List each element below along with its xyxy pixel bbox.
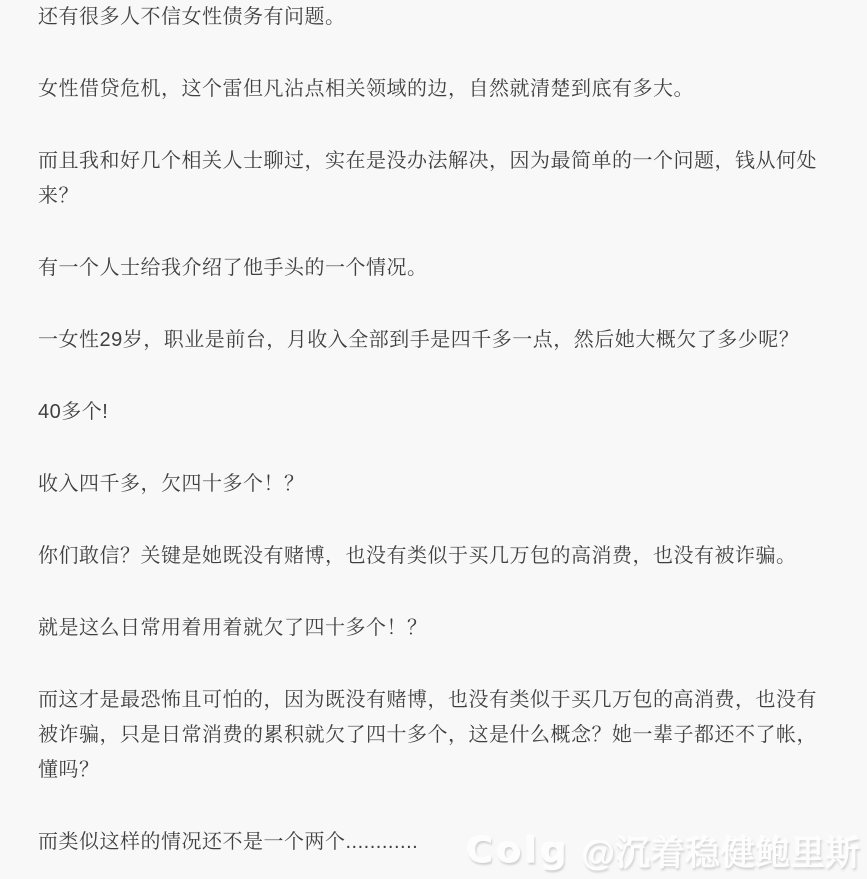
- post-paragraph: 就是这么日常用着用着就欠了四十多个！？: [38, 611, 837, 646]
- post-body: 还有很多人不信女性债务有问题。 女性借贷危机，这个雷但凡沾点相关领域的边，自然就…: [0, 0, 867, 860]
- post-paragraph: 收入四千多，欠四十多个！？: [38, 467, 837, 502]
- post-paragraph: 40多个!: [38, 395, 837, 430]
- post-paragraph: 而类似这样的情况还不是一个两个............: [38, 825, 837, 860]
- post-paragraph: 而且我和好几个相关人士聊过，实在是没办法解决，因为最简单的一个问题，钱从何处来？: [38, 144, 837, 214]
- post-paragraph: 一女性29岁，职业是前台，月收入全部到手是四千多一点，然后她大概欠了多少呢？: [38, 323, 837, 358]
- post-paragraph: 你们敢信？关键是她既没有赌博，也没有类似于买几万包的高消费，也没有被诈骗。: [38, 539, 837, 574]
- post-paragraph: 女性借贷危机，这个雷但凡沾点相关领域的边，自然就清楚到底有多大。: [38, 72, 837, 107]
- post-paragraph: 还有很多人不信女性债务有问题。: [38, 0, 837, 35]
- post-paragraph: 有一个人士给我介绍了他手头的一个情况。: [38, 251, 837, 286]
- post-paragraph: 而这才是最恐怖且可怕的，因为既没有赌博，也没有类似于买几万包的高消费，也没有被诈…: [38, 683, 837, 788]
